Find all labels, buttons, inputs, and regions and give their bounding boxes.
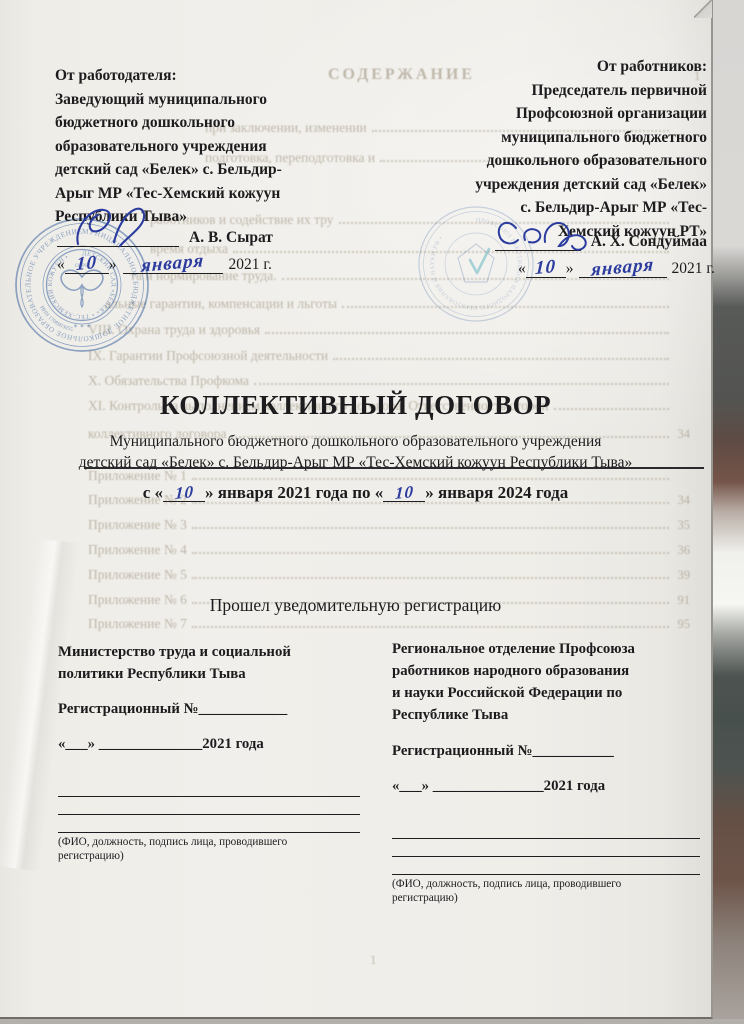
dot-leader — [192, 626, 669, 628]
employer-line: детский сад «Белек» с. Бельдир- — [55, 158, 365, 182]
workers-signature-name: А. Х. Сондуймаа — [591, 233, 707, 251]
workers-line: дошкольного образовательного — [347, 149, 707, 173]
workers-line: От работников: — [347, 55, 707, 79]
scanned-page: { "title": "КОЛЛЕКТИВНЫЙ ДОГОВОР", "subt… — [0, 0, 744, 1024]
blank-signature-line — [392, 821, 700, 839]
date-year: 2021 г. — [229, 256, 272, 274]
validity-day-blank: 10 — [163, 484, 205, 502]
employer-date-row: « 10 » января 2021 г. — [57, 254, 272, 274]
paper-corner-fold — [694, 0, 712, 18]
bleedthrough-line: Приложение № 335 — [88, 517, 690, 533]
dot-leader — [192, 478, 669, 480]
footnote: (ФИО, должность, подпись лица, проводивш… — [58, 836, 373, 863]
dot-leader — [265, 332, 669, 334]
workers-line: учреждения детский сад «Белек» — [347, 173, 707, 197]
quote-close: » — [109, 256, 117, 274]
dot-leader — [254, 383, 669, 385]
quote-close: » — [566, 260, 574, 278]
org-name-line: Министерство труда и социальной — [58, 641, 373, 663]
bleed-text: X. Обязательства Профкома — [88, 373, 249, 389]
employer-line: От работодателя: — [55, 64, 365, 88]
bleed-page: 35 — [674, 518, 690, 533]
footnote-line: (ФИО, должность, подпись лица, проводивш… — [58, 836, 373, 850]
bleed-page: 95 — [674, 617, 690, 632]
workers-line: Председатель первичной — [347, 79, 707, 103]
date-day-blank: 10 — [65, 254, 109, 274]
scanner-bottom-edge — [0, 1019, 744, 1024]
blank-signature-line — [58, 797, 360, 815]
blank-signature-line — [392, 857, 700, 875]
org-name-line: работников народного образования — [392, 660, 710, 682]
registration-heading: Прошел уведомительную регистрацию — [0, 595, 711, 616]
registration-right-column: Региональное отделение Профсоюза работни… — [392, 638, 710, 905]
dot-leader — [192, 527, 669, 529]
dot-leader — [192, 577, 669, 579]
blank-signature-line — [392, 839, 700, 857]
workers-signature-ink — [492, 214, 602, 258]
footnote: (ФИО, должность, подпись лица, проводивш… — [392, 878, 710, 905]
bleedthrough-line: Приложение № 436 — [88, 542, 690, 558]
teal-pen-mark — [470, 249, 489, 273]
org-name-line: и науки Российской Федерации по — [392, 682, 710, 704]
date-day-blank: 10 — [526, 258, 566, 278]
bleedthrough-bottom-page-number: 1 — [370, 952, 377, 968]
document-title: КОЛЛЕКТИВНЫЙ ДОГОВОР — [0, 390, 711, 421]
subtitle-line: детский сад «Белек» с. Бельдир-Арыг МР «… — [0, 452, 711, 473]
validity-seg: с « — [143, 483, 163, 502]
org-name-line: Региональное отделение Профсоюза — [392, 638, 710, 660]
validity-day-blank: 10 — [383, 484, 425, 502]
validity-seg: » января 2024 года — [425, 483, 568, 502]
bleed-text: Приложение № 4 — [88, 542, 187, 558]
stamp-stars: ✶ ✶ ✶ — [73, 323, 91, 330]
employer-signature-ink — [62, 200, 192, 252]
workers-line: Профсоюзной организации — [347, 102, 707, 126]
bleed-page: 39 — [674, 568, 690, 583]
date-month-blank: января — [123, 254, 223, 274]
validity-period-line: с «10» января 2021 года по «10» января 2… — [0, 483, 711, 503]
stamp-emblem-icon — [61, 270, 103, 307]
bleedthrough-line: X. Обязательства Профкома — [88, 373, 690, 389]
bleed-text: Приложение № 5 — [88, 567, 187, 583]
bleedthrough-line: Приложение № 539 — [88, 567, 690, 583]
bleedthrough-line: Приложение № 795 — [88, 616, 690, 632]
dot-leader — [333, 358, 669, 360]
registration-number-line: Регистрационный №____________ — [58, 698, 373, 720]
workers-date-row: « 10 » января 2021 г. — [518, 258, 715, 278]
workers-line: муниципального бюджетного — [347, 126, 707, 150]
handwritten-day: 10 — [535, 257, 557, 278]
footnote-line: регистрацию) — [392, 892, 710, 906]
date-month-blank: января — [579, 258, 667, 278]
bleed-page: 36 — [674, 543, 690, 558]
org-name-line: Республике Тыва — [392, 704, 710, 726]
employer-line: бюджетного дошкольного — [55, 111, 365, 135]
registration-date-line: «___» _______________2021 года — [392, 775, 710, 797]
employer-line: образовательного учреждения — [55, 135, 365, 159]
footnote-line: регистрацию) — [58, 850, 373, 864]
handwritten-month: января — [140, 251, 204, 276]
bleed-text: Приложение № 7 — [88, 616, 187, 632]
blank-signature-line — [58, 779, 360, 797]
handwritten-day: 10 — [394, 483, 414, 502]
employer-signature-name: А. В. Сырат — [189, 229, 273, 247]
handwritten-month: января — [590, 255, 654, 280]
date-year: 2021 г. — [672, 260, 715, 278]
validity-seg: » января 2021 года по « — [205, 483, 383, 502]
blank-signature-line — [58, 815, 360, 833]
bleed-text: Приложение № 3 — [88, 517, 187, 533]
quote-open: « — [57, 256, 65, 274]
footnote-line: (ФИО, должность, подпись лица, проводивш… — [392, 878, 710, 892]
quote-open: « — [518, 260, 526, 278]
registration-left-column: Министерство труда и социальной политики… — [58, 641, 373, 863]
registration-number-line: Регистрационный №___________ — [392, 740, 710, 762]
dot-leader — [192, 552, 669, 554]
handwritten-day: 10 — [174, 483, 194, 502]
org-name-line: политики Республики Тыва — [58, 663, 373, 685]
title-underline-rule — [84, 467, 704, 469]
handwritten-day: 10 — [76, 253, 98, 274]
employer-line: Заведующий муниципального — [55, 88, 365, 112]
subtitle-line: Муниципального бюджетного дошкольного об… — [0, 431, 711, 452]
scanner-background — [713, 0, 744, 1024]
bleedthrough-line: IX. Гарантии Профсоюзной деятельности — [88, 348, 690, 364]
bleedthrough-line: альные гарантии, компенсации и льготы — [105, 296, 690, 312]
bleedthrough-line: VIII. Охрана труда и здоровья — [88, 322, 690, 338]
registration-date-line: «___» ______________2021 года — [58, 733, 373, 755]
